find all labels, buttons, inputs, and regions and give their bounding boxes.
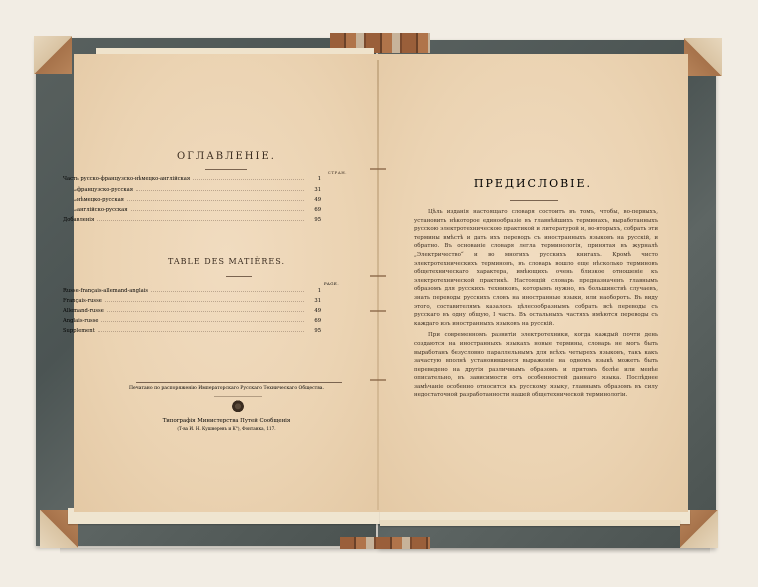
- toc-entry-page: 95: [307, 328, 321, 334]
- toc-ru-entry: французско-русская 31: [63, 187, 321, 193]
- preface-paragraph: При современномъ развитіи электротехники…: [414, 331, 658, 400]
- preface-body: Цѣль изданія настоящаго словаря состоитъ…: [414, 208, 658, 400]
- printer-name: Типографія Министерства Путей Сообщенія: [74, 418, 379, 424]
- leader-dots: [107, 311, 304, 312]
- preface-paragraph: Цѣль изданія настоящаго словаря состоитъ…: [414, 208, 658, 328]
- leader-dots: [101, 321, 304, 322]
- toc-fr-entry: Anglais-russe 69: [63, 318, 321, 324]
- corner-leather-top-right: [684, 38, 722, 76]
- footer-rule: [136, 382, 342, 383]
- under-sheet-right-2: [380, 520, 680, 526]
- toc-fr-entry: Allemand-russe 49: [63, 308, 321, 314]
- toc-entry-label: французско-русская: [63, 187, 133, 193]
- permission-note: Печатано по распоряженію Императорскаго …: [74, 386, 379, 391]
- toc-ru-column-header: СТРАН.: [328, 170, 347, 175]
- toc-entry-label: Allemand-russe: [63, 308, 104, 314]
- toc-entry-label: Anglais-russe: [63, 318, 98, 324]
- toc-fr-rule: [226, 276, 252, 277]
- leader-dots: [98, 331, 304, 332]
- leader-dots: [131, 210, 305, 211]
- toc-entry-label: нѣмецко-русская: [63, 197, 124, 203]
- preface-title: ПРЕДИСЛОВІЕ.: [378, 177, 688, 190]
- toc-entry-page: 1: [307, 288, 321, 294]
- toc-entry-label: Supplement: [63, 328, 95, 334]
- spine-bottom: [340, 537, 430, 549]
- toc-ru-entry: англійско-русская 69: [63, 207, 321, 213]
- toc-entry-label: Français-russe: [63, 298, 102, 304]
- leader-dots: [151, 291, 304, 292]
- leader-dots: [193, 179, 304, 180]
- toc-entry-page: 49: [307, 197, 321, 203]
- binding-stitch: [370, 310, 386, 312]
- leader-dots: [136, 190, 304, 191]
- toc-ru-entry: Добавленія 95: [63, 217, 321, 223]
- toc-ru-title: ОГЛАВЛЕНІЕ.: [74, 151, 379, 162]
- preface-rule: [510, 200, 558, 201]
- binding-stitch: [370, 275, 386, 277]
- toc-fr-entry: Russe-français-allemand-anglais 1: [63, 288, 321, 294]
- toc-fr-title: TABLE DES MATIÈRES.: [74, 257, 379, 266]
- double-headed-eagle-crest-icon: [232, 400, 244, 414]
- toc-entry-page: 31: [307, 187, 321, 193]
- toc-entry-page: 49: [307, 308, 321, 314]
- printer-address: (Т-ва И. Н. Кушнеревъ и К°), Фонтанка, 1…: [74, 426, 379, 431]
- leader-dots: [97, 220, 304, 221]
- toc-entry-label: Добавленія: [63, 217, 94, 223]
- toc-entry-page: 69: [307, 207, 321, 213]
- leader-dots: [105, 301, 304, 302]
- leader-dots: [127, 200, 304, 201]
- toc-ru-entry: нѣмецко-русская 49: [63, 197, 321, 203]
- toc-entry-label: англійско-русская: [63, 207, 128, 213]
- binding-stitch: [370, 379, 386, 381]
- toc-ru-entry: Часть русско-французско-нѣмецко-англійск…: [63, 176, 321, 182]
- toc-fr-entry: Français-russe 31: [63, 298, 321, 304]
- toc-entry-label: Russe-français-allemand-anglais: [63, 288, 148, 294]
- toc-entry-page: 69: [307, 318, 321, 324]
- toc-entry-page: 1: [307, 176, 321, 182]
- toc-entry-page: 31: [307, 298, 321, 304]
- toc-fr-entry: Supplement 95: [63, 328, 321, 334]
- binding-stitch: [370, 168, 386, 170]
- footer-short-rule: [214, 396, 262, 397]
- toc-entry-page: 95: [307, 217, 321, 223]
- toc-entry-label: Часть русско-французско-нѣмецко-англійск…: [63, 176, 190, 182]
- book-gutter: [377, 60, 379, 510]
- corner-leather-top-left: [34, 36, 72, 74]
- toc-ru-rule: [205, 169, 247, 170]
